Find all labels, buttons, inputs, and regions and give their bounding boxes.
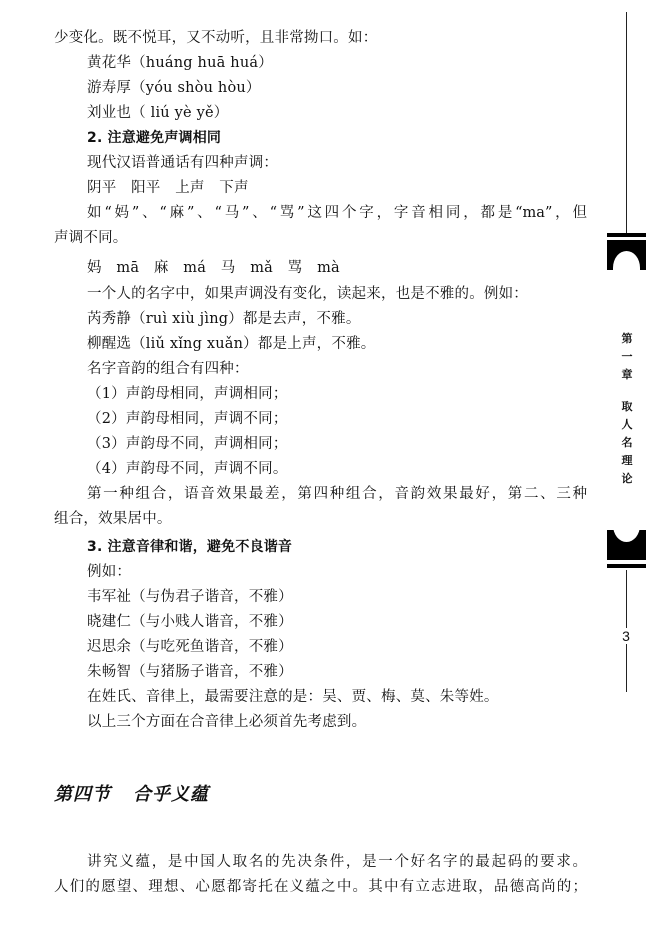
ornament-bar	[607, 233, 646, 237]
example-name: 朱畅智（与猪肠子谐音，不雅）	[87, 662, 293, 682]
tone-list: 阴平 阳平 上声 下声	[87, 178, 249, 198]
example-name: 韦军祉（与伪君子谐音，不雅）	[87, 587, 293, 607]
body-line: 以上三个方面在合音律上必须首先考虑到。	[87, 712, 366, 732]
subheading-tones: 2. 注意避免声调相同	[87, 128, 221, 148]
example-name: 迟思余（与吃死鱼谐音，不雅）	[87, 637, 293, 657]
section-number: 第四节	[54, 784, 111, 805]
running-chapter-title: 第 一 章 取 人 名 理 论	[618, 330, 636, 488]
example-name: 芮秀静（ruì xiù jìng）都是去声，不雅。	[87, 309, 361, 329]
body-line: 例如：	[87, 562, 131, 582]
combo-item: （4）声韵母不同，声调不同。	[87, 459, 288, 479]
section-paragraph-line: 人们的愿望、理想、心愿都寄托在义蕴之中。其中有立志进取，品德高尚的；	[54, 877, 587, 897]
ornament-bar	[607, 564, 646, 568]
section-paragraph-line: 讲究义蕴，是中国人取名的先决条件，是一个好名字的最起码的要求。	[87, 852, 587, 872]
combo-item: （2）声韵母相同，声调不同；	[87, 409, 288, 429]
chapter-char: 第	[618, 330, 636, 348]
tone-examples: 妈 mā 麻 má 马 mǎ 骂 mà	[87, 258, 340, 278]
chapter-char: 一	[618, 348, 636, 366]
body-line: 少变化。既不悦耳，又不动听，且非常拗口。如：	[54, 28, 377, 48]
body-line: 第一种组合，语音效果最差，第四种组合，音韵效果最好，第二、三种	[87, 484, 587, 504]
chapter-char: 章	[618, 366, 636, 384]
example-name: 晓建仁（与小贱人谐音，不雅）	[87, 612, 293, 632]
body-line: 名字音韵的组合有四种：	[87, 359, 249, 379]
combo-item: （1）声韵母相同，声调相同；	[87, 384, 288, 404]
body-line: 声调不同。	[54, 228, 128, 248]
body-line: 在姓氏、音律上，最需要注意的是：吴、贾、梅、莫、朱等姓。	[87, 687, 499, 707]
body-line: 如“妈”、“麻”、“马”、“骂”这四个字，字音相同，都是“ma”，但	[87, 203, 587, 223]
book-page: 少变化。既不悦耳，又不动听，且非常拗口。如： 黄花华（huáng huā huá…	[0, 0, 658, 935]
example-name: 刘业也（ liú yè yě）	[87, 103, 229, 123]
title-char: 人	[618, 416, 636, 434]
body-line: 现代汉语普通话有四种声调：	[87, 153, 278, 173]
example-name: 柳醒选（liǔ xǐng xuǎn）都是上声，不雅。	[87, 334, 375, 354]
title-char: 论	[618, 470, 636, 488]
section-title-text: 合乎义蕴	[133, 784, 209, 805]
margin-rule-top	[626, 12, 627, 234]
ornament-bottom	[607, 530, 646, 570]
title-char: 取	[618, 398, 636, 416]
title-char: 理	[618, 452, 636, 470]
body-line: 一个人的名字中，如果声调没有变化，读起来，也是不雅的。例如：	[87, 284, 528, 304]
ornament-top	[607, 233, 646, 273]
title-char: 名	[618, 434, 636, 452]
ornament-arch	[613, 251, 640, 279]
example-name: 黄花华（huáng huā huá）	[87, 53, 273, 73]
combo-item: （3）声韵母不同，声调相同；	[87, 434, 288, 454]
section-heading: 第四节合乎义蕴	[54, 780, 209, 806]
example-name: 游寿厚（yóu shòu hòu）	[87, 78, 261, 98]
page-number: 3	[619, 628, 633, 644]
body-line: 组合，效果居中。	[54, 509, 172, 529]
subheading-harmony: 3. 注意音律和谐，避免不良谐音	[87, 537, 292, 557]
